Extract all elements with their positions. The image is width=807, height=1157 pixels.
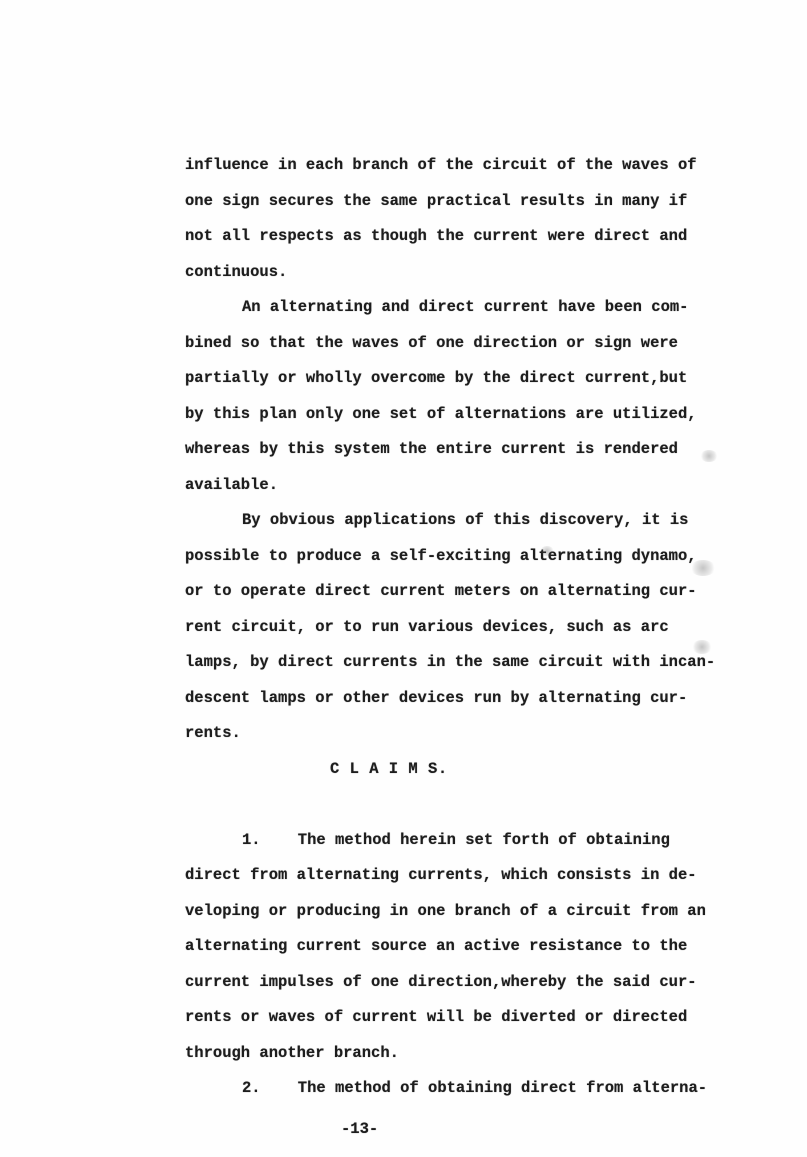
text-line: bined so that the waves of one direction… [185,326,745,362]
text-line: through another branch. [185,1036,745,1072]
text-line: By obvious applications of this discover… [185,503,745,539]
page-text: influence in each branch of the circuit … [185,148,745,1107]
text-line: rent circuit, or to run various devices,… [185,610,745,646]
text-line: rents. [185,716,745,752]
text-line: whereas by this system the entire curren… [185,432,745,468]
text-line: or to operate direct current meters on a… [185,574,745,610]
text-line: by this plan only one set of alternation… [185,397,745,433]
text-line: partially or wholly overcome by the dire… [185,361,745,397]
text-line: not all respects as though the current w… [185,219,745,255]
text-line: lamps, by direct currents in the same ci… [185,645,745,681]
text-line: current impulses of one direction,whereb… [185,965,745,1001]
text-line: possible to produce a self-exciting alte… [185,539,745,575]
text-line: 1. The method herein set forth of obtain… [185,823,745,859]
text-line: continuous. [185,255,745,291]
text-line: influence in each branch of the circuit … [185,148,745,184]
text-line: 2. The method of obtaining direct from a… [185,1071,745,1107]
text-line: rents or waves of current will be divert… [185,1000,745,1036]
text-line: one sign secures the same practical resu… [185,184,745,220]
scanned-page: influence in each branch of the circuit … [0,0,807,1157]
text-line: direct from alternating currents, which … [185,858,745,894]
text-line: alternating current source an active res… [185,929,745,965]
text-line: available. [185,468,745,504]
text-line: An alternating and direct current have b… [185,290,745,326]
text-line: descent lamps or other devices run by al… [185,681,745,717]
claims-heading: C L A I M S. [185,752,745,788]
text-line: veloping or producing in one branch of a… [185,894,745,930]
page-number: -13- [341,1112,378,1148]
